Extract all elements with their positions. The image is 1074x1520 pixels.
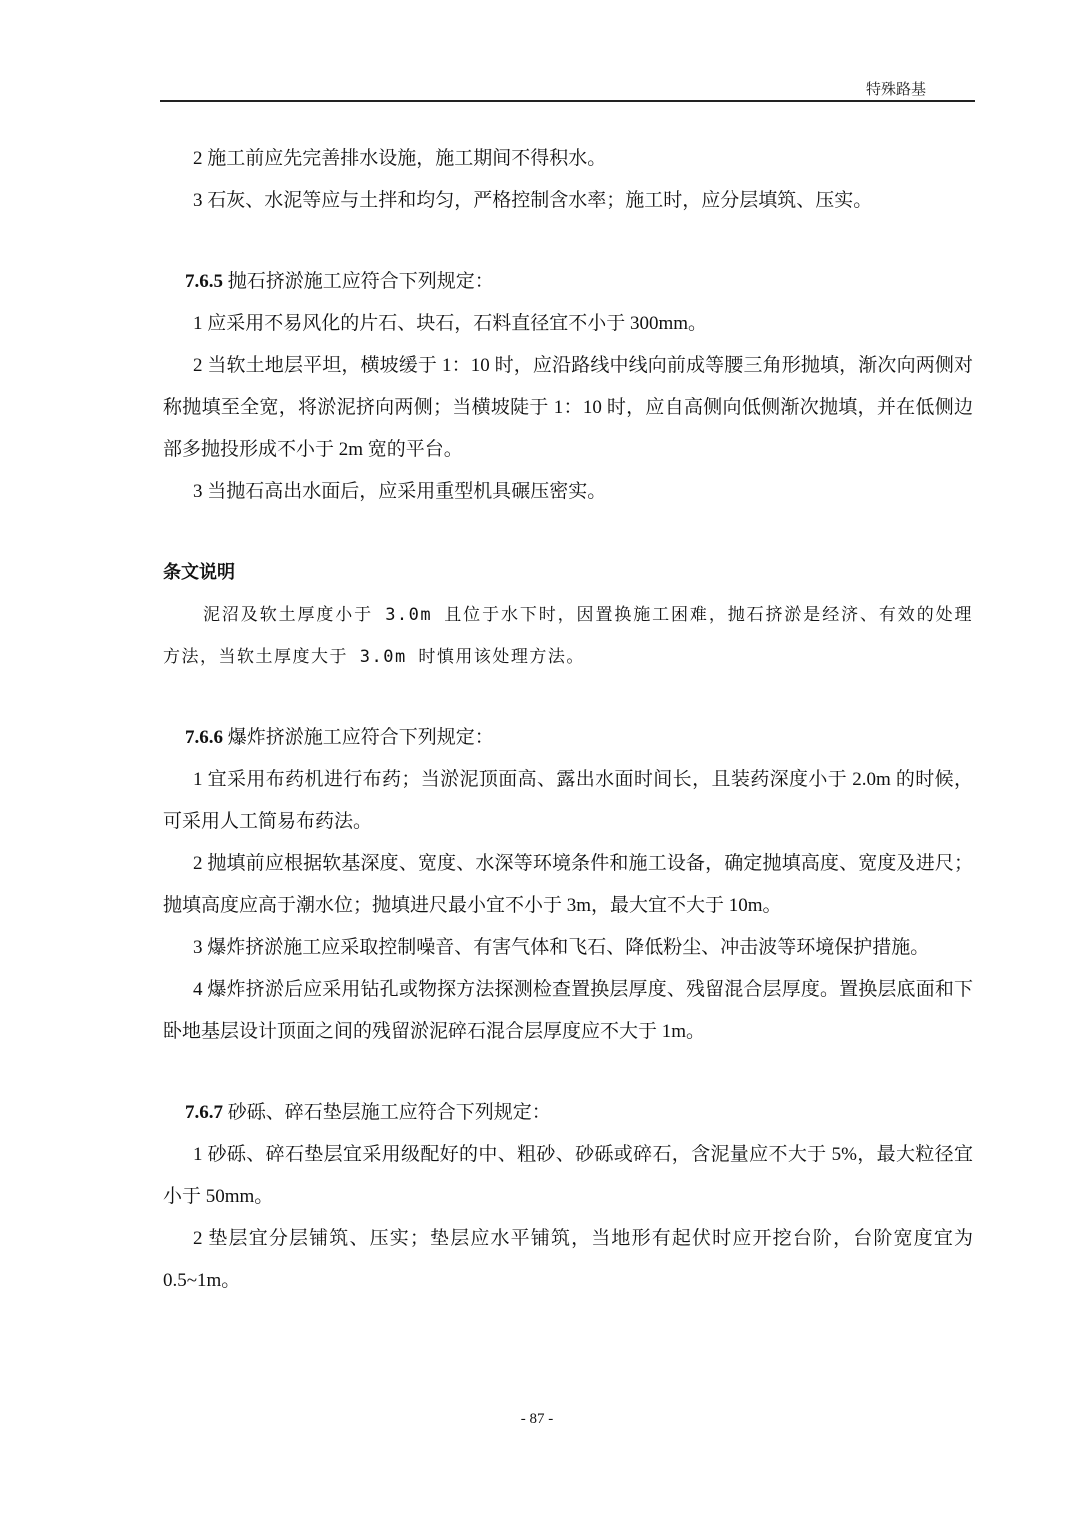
clause-number: 7.6.7	[185, 1102, 223, 1123]
page-number: - 87 -	[0, 1411, 1074, 1428]
clause-title: 抛石挤淤施工应符合下列规定：	[228, 271, 494, 292]
header-title: 特殊路基	[866, 78, 926, 99]
explanation-text: 泥沼及软土厚度小于 3.0m 且位于水下时，因置换施工困难，抛石挤淤是经济、有效…	[163, 594, 973, 678]
page-body: 2 施工前应先完善排水设施，施工期间不得积水。 3 石灰、水泥等应与土拌和均匀，…	[163, 138, 973, 1302]
clause-heading-767: 7.6.7 砂砾、碎石垫层施工应符合下列规定：	[163, 1092, 973, 1134]
list-item: 1 砂砾、碎石垫层宜采用级配好的中、粗砂、砂砾或碎石，含泥量应不大于 5%，最大…	[163, 1134, 973, 1218]
spacer	[163, 222, 973, 261]
clause-heading-765: 7.6.5 抛石挤淤施工应符合下列规定：	[163, 261, 973, 303]
list-item: 2 垫层宜分层铺筑、压实；垫层应水平铺筑，当地形有起伏时应开挖台阶，台阶宽度宜为…	[163, 1218, 973, 1302]
list-item: 2 当软土地层平坦，横坡缓于 1：10 时，应沿路线中线向前成等腰三角形抛填，渐…	[163, 345, 973, 471]
list-item: 3 当抛石高出水面后，应采用重型机具碾压密实。	[163, 471, 973, 513]
list-item: 2 抛填前应根据软基深度、宽度、水深等环境条件和施工设备，确定抛填高度、宽度及进…	[163, 843, 973, 927]
list-item: 1 应采用不易风化的片石、块石，石料直径宜不小于 300mm。	[163, 303, 973, 345]
clause-heading-766: 7.6.6 爆炸挤淤施工应符合下列规定：	[163, 717, 973, 759]
spacer	[163, 678, 973, 717]
spacer	[163, 513, 973, 552]
spacer	[163, 1053, 973, 1092]
clause-number: 7.6.5	[185, 271, 223, 292]
header-divider	[160, 100, 975, 102]
list-item: 4 爆炸挤淤后应采用钻孔或物探方法探测检查置换层厚度、残留混合层厚度。置换层底面…	[163, 969, 973, 1053]
list-item: 3 爆炸挤淤施工应采取控制噪音、有害气体和飞石、降低粉尘、冲击波等环境保护措施。	[163, 927, 973, 969]
clause-title: 砂砾、碎石垫层施工应符合下列规定：	[228, 1102, 551, 1123]
explanation-title: 条文说明	[163, 552, 973, 594]
clause-title: 爆炸挤淤施工应符合下列规定：	[228, 727, 494, 748]
list-item: 1 宜采用布药机进行布药；当淤泥顶面高、露出水面时间长，且装药深度小于 2.0m…	[163, 759, 973, 843]
list-item: 3 石灰、水泥等应与土拌和均匀，严格控制含水率；施工时，应分层填筑、压实。	[163, 180, 973, 222]
clause-number: 7.6.6	[185, 727, 223, 748]
list-item: 2 施工前应先完善排水设施，施工期间不得积水。	[163, 138, 973, 180]
